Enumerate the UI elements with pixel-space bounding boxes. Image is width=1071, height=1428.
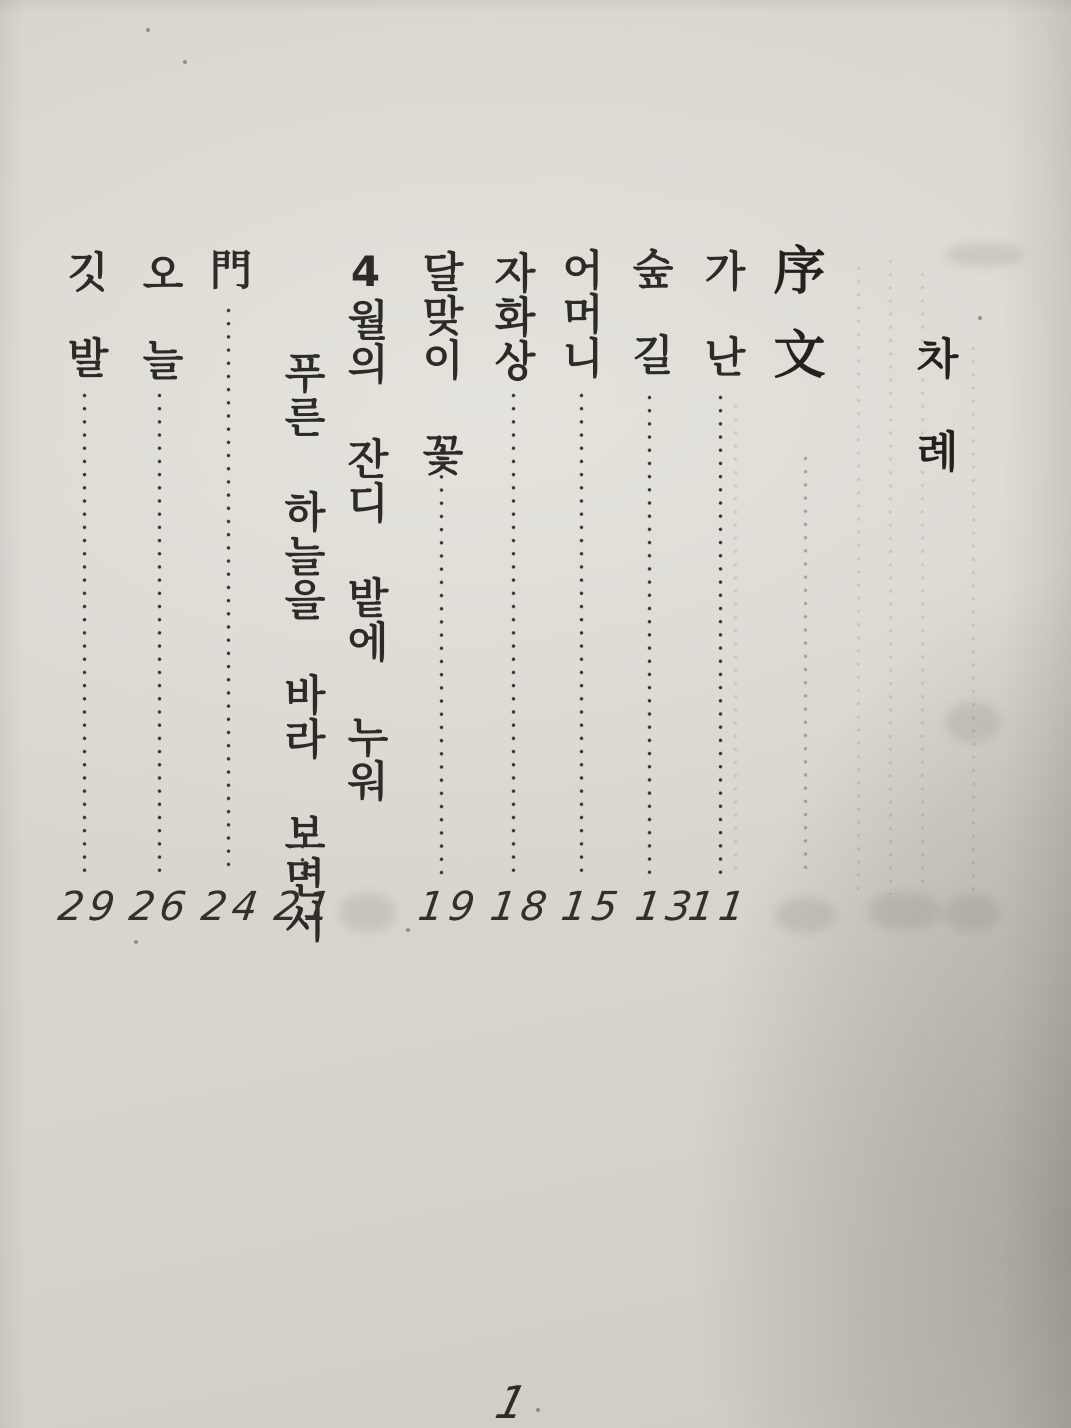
toc-entry-9-leader (80, 389, 89, 875)
scanned-toc-page: 차례 序文 가난 11 숲길 13 어머니 15 자화상 18 달맞이 꽃 19… (0, 0, 1071, 1428)
ghost-dotted-leader (854, 262, 863, 890)
toc-entry-5-title: 달맞이 꽃 (419, 250, 461, 477)
toc-entry-4-title: 자화상 (491, 251, 533, 383)
toc-entry-0-title: 序文 (768, 243, 820, 411)
paper-shadow-bottom-right (591, 448, 1071, 1428)
toc-entry-6-page: 21 (267, 884, 343, 930)
paper-shading-top (0, 0, 1071, 14)
toc-entry-9-page: 29 (51, 884, 127, 930)
toc-heading: 차례 (912, 336, 955, 522)
toc-entry-3-leader (577, 389, 586, 875)
toc-entry-8-page: 26 (122, 884, 198, 930)
toc-entry-2-page: 13 (628, 884, 704, 930)
paper-speck (978, 316, 982, 320)
paper-speck (183, 60, 187, 64)
toc-entry-3-title: 어머니 (559, 248, 601, 380)
paper-shading-left (0, 0, 26, 1428)
toc-entry-5-leader (437, 444, 446, 875)
ink-show-through (946, 702, 1001, 742)
ink-show-through (945, 243, 1023, 267)
ink-show-through (945, 895, 1000, 931)
toc-entry-4-page: 18 (483, 884, 559, 930)
paper-speck (536, 1408, 540, 1412)
ink-show-through (775, 898, 835, 932)
ink-show-through (340, 893, 395, 931)
toc-entry-4-leader (509, 389, 518, 875)
toc-entry-6-leader (298, 827, 307, 882)
toc-entry-2-leader (645, 391, 654, 875)
paper-speck (134, 940, 138, 944)
toc-entry-7-page: 24 (194, 884, 270, 930)
toc-entry-1-leader (716, 391, 725, 875)
page-number: 1 (490, 1376, 532, 1428)
ghost-dotted-leader (731, 400, 740, 870)
paper-speck (146, 28, 150, 32)
ghost-dotted-leader (969, 342, 978, 900)
toc-entry-5-page: 19 (411, 884, 487, 930)
ghost-dotted-leader (886, 255, 895, 895)
paper-speck (406, 928, 410, 932)
toc-entry-7-leader (224, 304, 233, 875)
toc-entry-3-page: 15 (554, 884, 630, 930)
toc-entry-0-leader (801, 452, 810, 874)
toc-entry-8-leader (155, 389, 164, 875)
ink-show-through (868, 892, 940, 930)
toc-entry-7-title: 門 (207, 248, 249, 292)
toc-entry-6-title-line1: 4월의 잔디 밭에 누워 (344, 247, 386, 803)
